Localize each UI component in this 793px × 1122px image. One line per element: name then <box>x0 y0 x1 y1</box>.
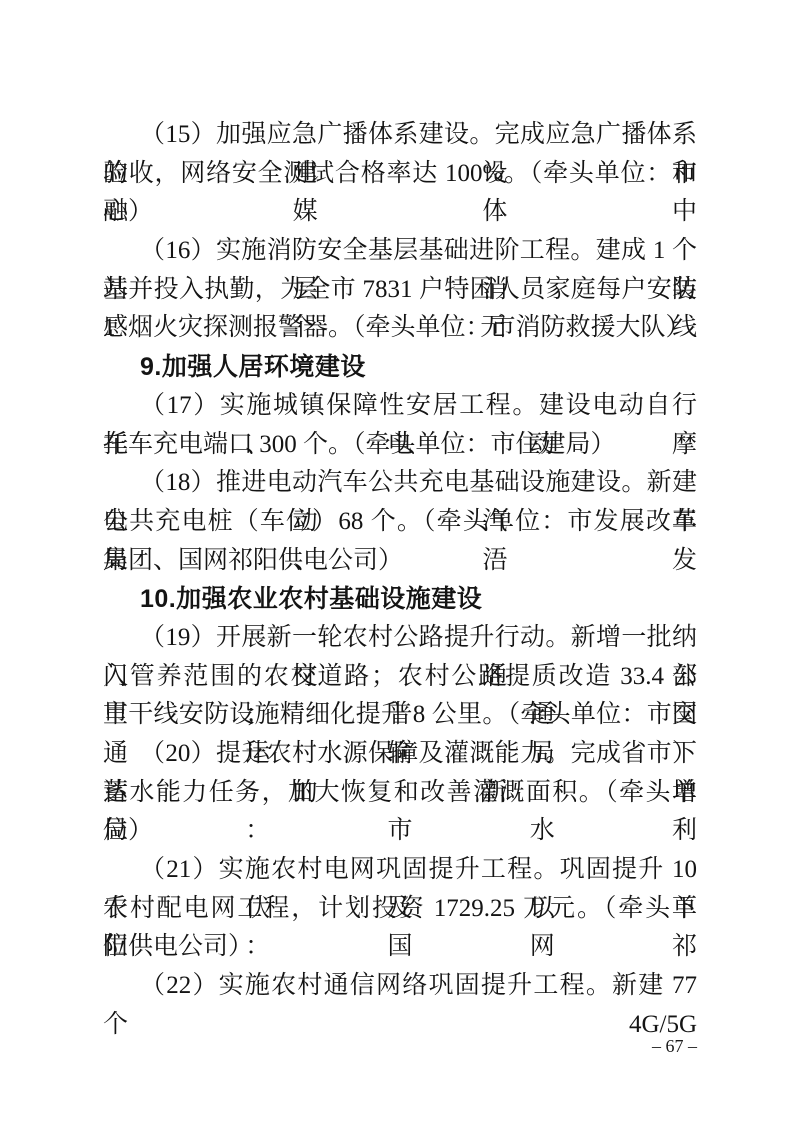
text-line: 市干线安防设施精细化提升 8 公里。（牵头单位：市交通运输局） <box>103 696 697 735</box>
section-heading-line: 9.加强人居环境建设 <box>103 348 697 387</box>
item-21: （21）实施农村电网巩固提升工程。巩固提升 10 千伏及以下农村配电网工程，计划… <box>103 851 697 967</box>
text-line: 门管养范围的农村道路；农村公路提质改造 33.4 公里；普通国 <box>103 658 697 697</box>
text-line: （20）提升农村水源保障及灌溉能力。完成省市下达的新增 <box>103 735 697 774</box>
item-20: （20）提升农村水源保障及灌溉能力。完成省市下达的新增蓄水能力任务，加大恢复和改… <box>103 735 697 851</box>
section-heading-10: 10.加强农业农村基础设施建设 <box>103 580 697 619</box>
section-heading-line: 10.加强农业农村基础设施建设 <box>103 580 697 619</box>
text-line: 验收，网络安全测试合格率达 100%。（牵头单位：市融媒体中 <box>103 155 697 194</box>
text-line: 公共充电桩（车位）68 个。（牵头单位：市发展改革局、浯发 <box>103 503 697 542</box>
text-line: （18）推进电动汽车公共充电基础设施建设。新建电动汽车 <box>103 464 697 503</box>
text-line: 感烟火灾探测报警器。（牵头单位：市消防救援大队） <box>103 309 697 348</box>
item-16: （16）实施消防安全基层基础进阶工程。建成 1 个基层消防站并投入执勤，为全市 … <box>103 232 697 348</box>
document-page: （15）加强应急广播体系建设。完成应急广播体系的建设和验收，网络安全测试合格率达… <box>0 0 793 1122</box>
item-19: （19）开展新一轮农村公路提升行动。新增一批纳入交通部门管养范围的农村道路；农村… <box>103 619 697 735</box>
text-line: （16）实施消防安全基层基础进阶工程。建成 1 个基层消防 <box>103 232 697 271</box>
text-line: 蓄水能力任务，加大恢复和改善灌溉面积。（牵头单位：市水利 <box>103 774 697 813</box>
text-line: （17）实施城镇保障性安居工程。建设电动自行车、电动摩 <box>103 387 697 426</box>
item-15: （15）加强应急广播体系建设。完成应急广播体系的建设和验收，网络安全测试合格率达… <box>103 116 697 232</box>
text-line: （15）加强应急广播体系建设。完成应急广播体系的建设和 <box>103 116 697 155</box>
page-number: – 67 – <box>652 1035 697 1057</box>
text-line: 农村配电网工程，计划投资 1729.25 万元。（牵头单位：国网祁 <box>103 890 697 929</box>
item-17: （17）实施城镇保障性安居工程。建设电动自行车、电动摩托车充电端口 300 个。… <box>103 387 697 464</box>
item-22: （22）实施农村通信网络巩固提升工程。新建 77 个 4G/5G <box>103 967 697 1006</box>
text-line: （19）开展新一轮农村公路提升行动。新增一批纳入交通部 <box>103 619 697 658</box>
item-18: （18）推进电动汽车公共充电基础设施建设。新建电动汽车公共充电桩（车位）68 个… <box>103 464 697 580</box>
document-body: （15）加强应急广播体系建设。完成应急广播体系的建设和验收，网络安全测试合格率达… <box>103 116 697 1006</box>
text-line: （21）实施农村电网巩固提升工程。巩固提升 10 千伏及以下 <box>103 851 697 890</box>
text-line: 托车充电端口 300 个。（牵头单位：市住建局） <box>103 426 697 465</box>
text-line: （22）实施农村通信网络巩固提升工程。新建 77 个 4G/5G <box>103 967 697 1006</box>
text-line: 站并投入执勤，为全市 7831 户特困人员家庭每户安装 1 个无线 <box>103 271 697 310</box>
section-heading-9: 9.加强人居环境建设 <box>103 348 697 387</box>
